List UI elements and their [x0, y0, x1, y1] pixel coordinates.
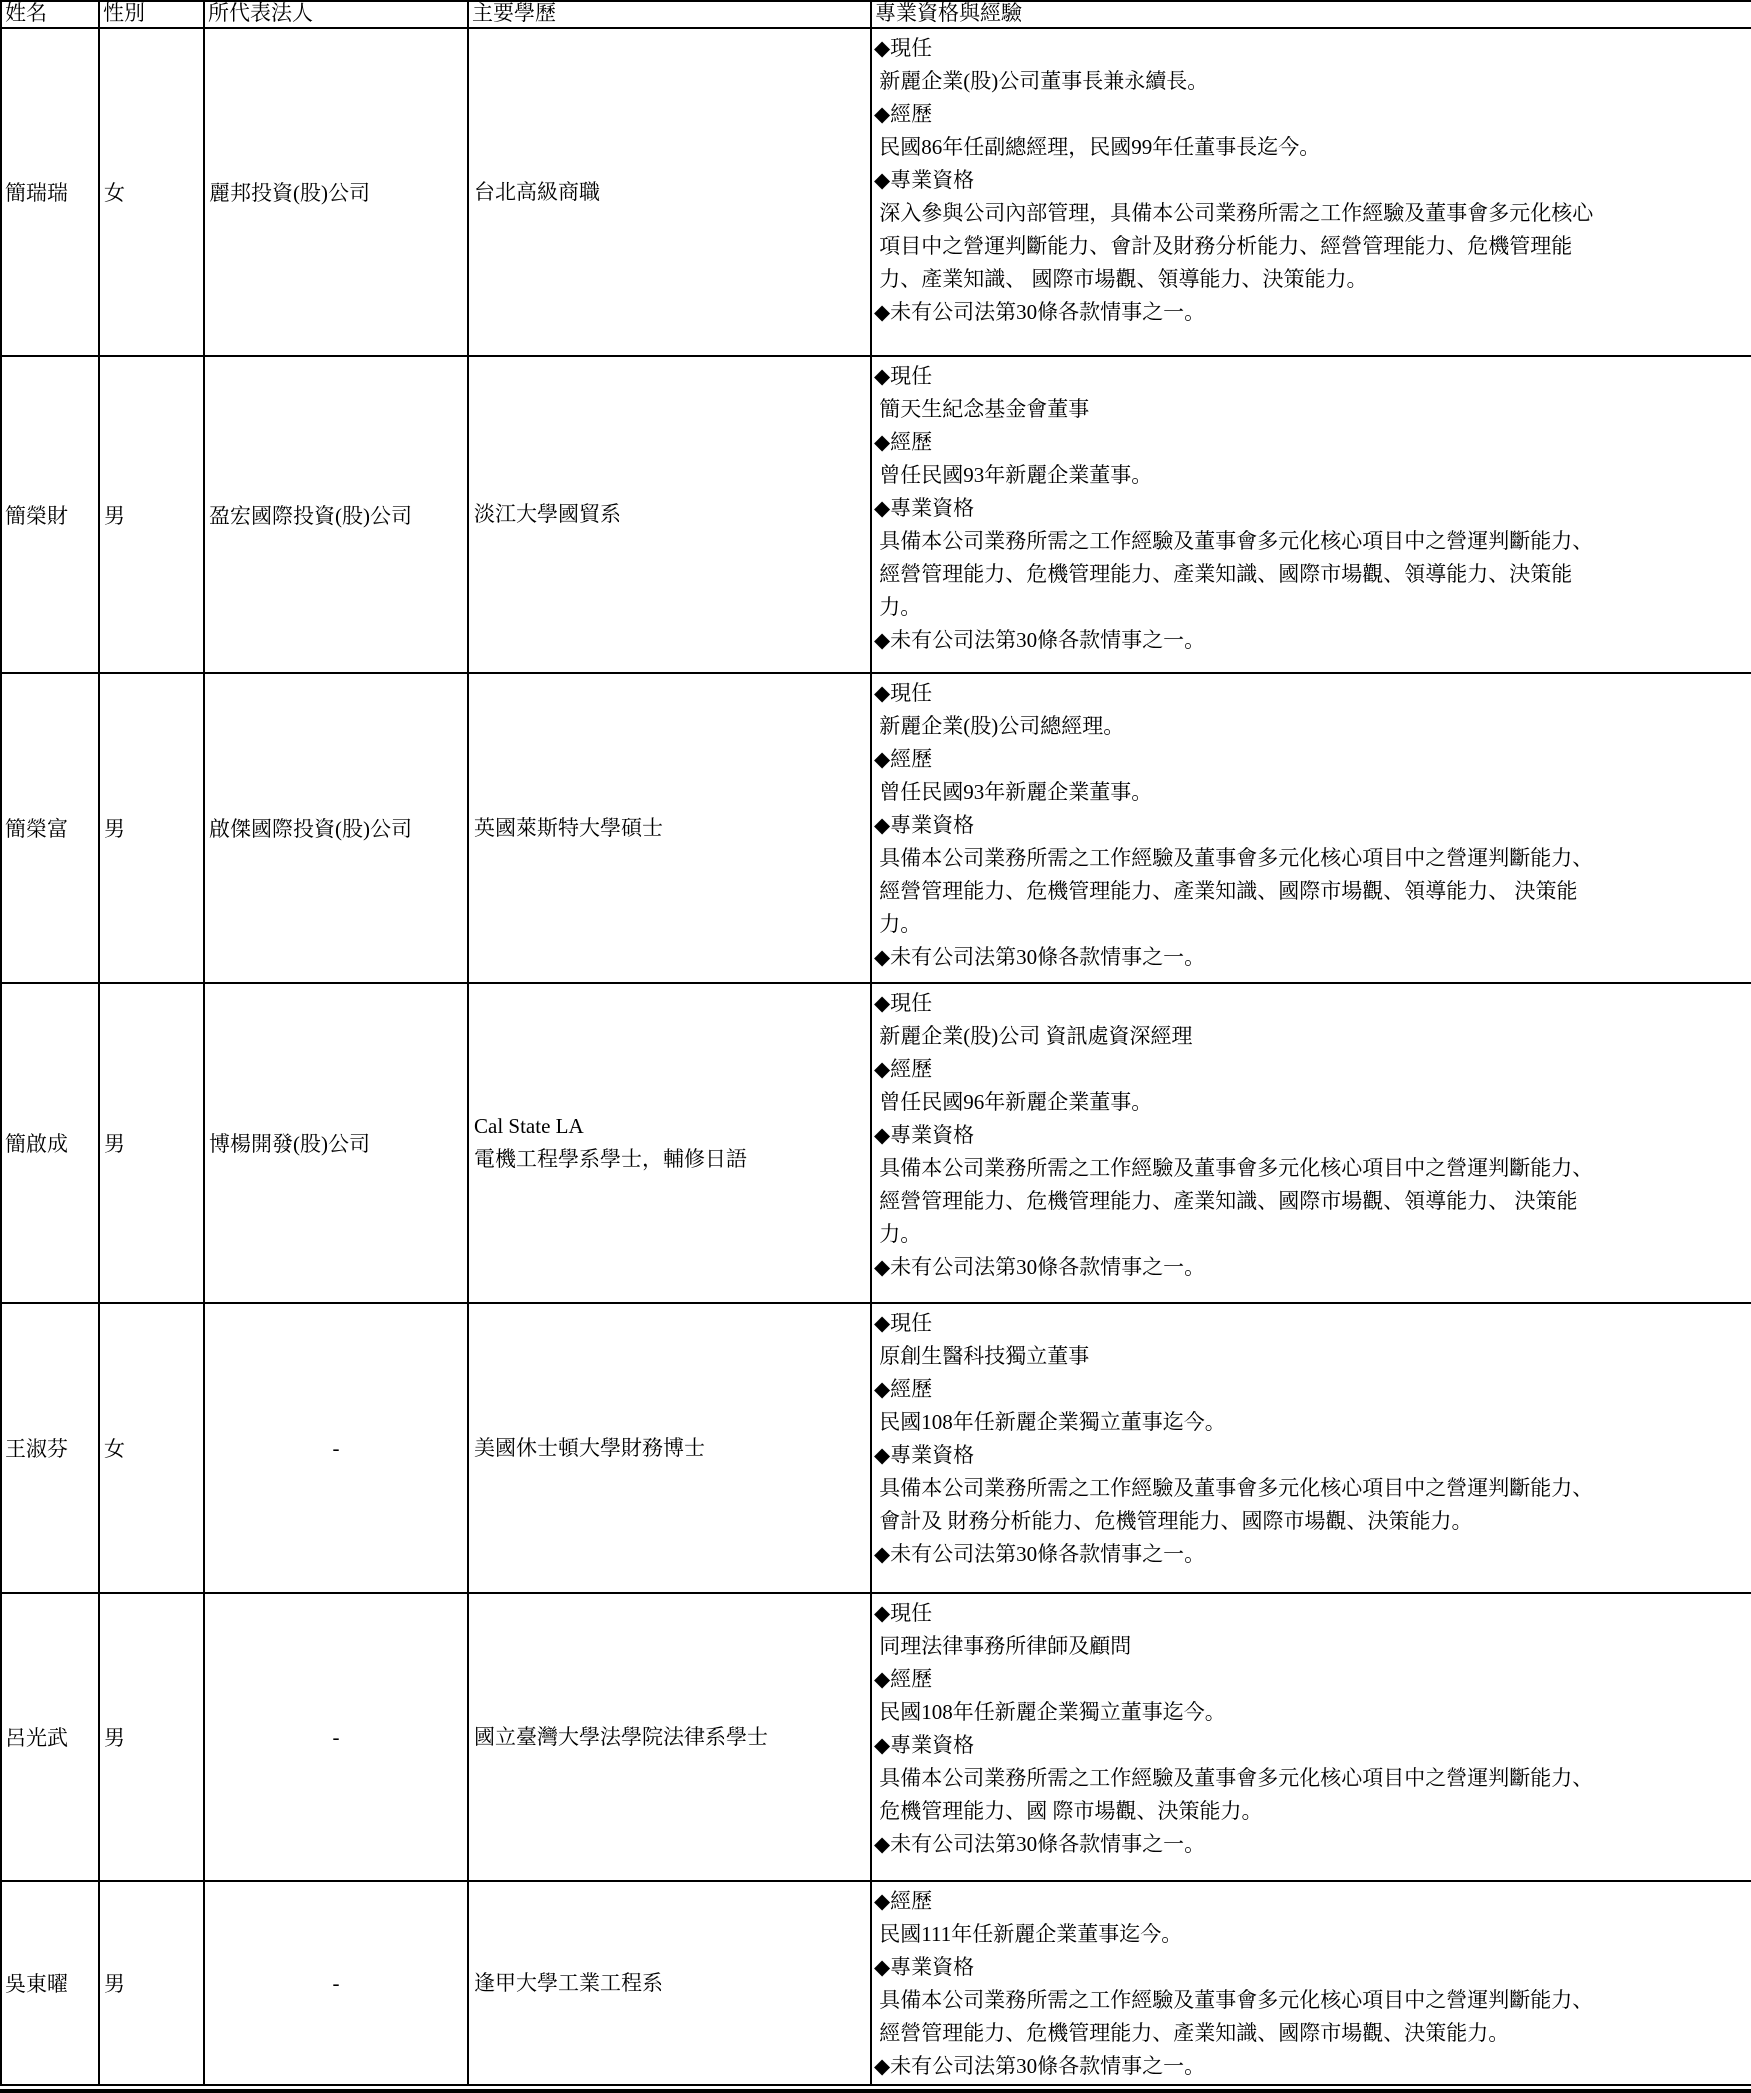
experience-line: ◆經歷: [874, 98, 1749, 131]
education-line: 逢甲大學工業工程系: [474, 1967, 870, 2000]
experience-cell: ◆現任 新麗企業(股)公司董事長兼永續長。◆經歷 民國86年任副總經理，民國99…: [871, 28, 1751, 356]
education-line: 美國休士頓大學財務博士: [474, 1432, 870, 1465]
name-cell: 呂光武: [1, 1593, 99, 1881]
education-line: 英國萊斯特大學碩士: [474, 812, 870, 845]
experience-line: 同理法律事務所律師及顧問: [874, 1630, 1749, 1663]
bottom-rule: [0, 2089, 1751, 2093]
experience-line: ◆經歷: [874, 1663, 1749, 1696]
table-row: 簡榮財男盈宏國際投資(股)公司淡江大學國貿系◆現任 簡天生紀念基金會董事◆經歷 …: [1, 356, 1751, 673]
experience-line: 經營管理能力、危機管理能力、產業知識、國際市場觀、決策能力。: [874, 2017, 1749, 2050]
name-cell: 簡啟成: [1, 983, 99, 1303]
name-cell: 簡榮財: [1, 356, 99, 673]
experience-cell: ◆現任 同理法律事務所律師及顧問◆經歷 民國108年任新麗企業獨立董事迄今。◆專…: [871, 1593, 1751, 1881]
experience-line: ◆經歷: [874, 743, 1749, 776]
table-row: 簡瑞瑞女麗邦投資(股)公司台北高級商職◆現任 新麗企業(股)公司董事長兼永續長。…: [1, 28, 1751, 356]
experience-line: ◆現任: [874, 1597, 1749, 1630]
experience-line: ◆現任: [874, 32, 1749, 65]
experience-line: 具備本公司業務所需之工作經驗及董事會多元化核心項目中之營運判斷能力、: [874, 1152, 1749, 1185]
table-row: 簡榮富男啟傑國際投資(股)公司英國萊斯特大學碩士◆現任 新麗企業(股)公司總經理…: [1, 673, 1751, 983]
experience-line: ◆經歷: [874, 1373, 1749, 1406]
experience-line: 新麗企業(股)公司董事長兼永續長。: [874, 65, 1749, 98]
experience-line: ◆經歷: [874, 1053, 1749, 1086]
experience-line: ◆未有公司法第30條各款情事之一。: [874, 2050, 1749, 2083]
experience-line: 深入參與公司內部管理，具備本公司業務所需之工作經驗及董事會多元化核心: [874, 197, 1749, 230]
education-cell: 美國休士頓大學財務博士: [468, 1303, 871, 1593]
experience-line: 具備本公司業務所需之工作經驗及董事會多元化核心項目中之營運判斷能力、: [874, 525, 1749, 558]
name-cell: 簡瑞瑞: [1, 28, 99, 356]
experience-line: 經營管理能力、危機管理能力、產業知識、國際市場觀、領導能力、決策能: [874, 558, 1749, 591]
experience-line: 新麗企業(股)公司 資訊處資深經理: [874, 1020, 1749, 1053]
table-row: 王淑芬女-美國休士頓大學財務博士◆現任 原創生醫科技獨立董事◆經歷 民國108年…: [1, 1303, 1751, 1593]
experience-line: 民國111年任新麗企業董事迄今。: [874, 1918, 1749, 1951]
experience-line: ◆專業資格: [874, 809, 1749, 842]
gender-cell: 男: [99, 673, 204, 983]
experience-line: ◆現任: [874, 677, 1749, 710]
experience-line: 力、產業知識、 國際市場觀、領導能力、決策能力。: [874, 263, 1749, 296]
experience-line: 曾任民國96年新麗企業董事。: [874, 1086, 1749, 1119]
directors-table: 姓名性別所代表法人主要學歷專業資格與經驗 簡瑞瑞女麗邦投資(股)公司台北高級商職…: [0, 0, 1751, 2086]
education-line: 台北高級商職: [474, 176, 870, 209]
experience-line: 新麗企業(股)公司總經理。: [874, 710, 1749, 743]
experience-line: ◆專業資格: [874, 492, 1749, 525]
table-header: 姓名性別所代表法人主要學歷專業資格與經驗: [1, 1, 1751, 28]
legal-entity-cell: -: [204, 1881, 468, 2085]
gender-cell: 女: [99, 1303, 204, 1593]
experience-line: 曾任民國93年新麗企業董事。: [874, 776, 1749, 809]
experience-line: 經營管理能力、危機管理能力、產業知識、國際市場觀、領導能力、 決策能: [874, 875, 1749, 908]
experience-line: ◆未有公司法第30條各款情事之一。: [874, 1828, 1749, 1861]
experience-line: 會計及 財務分析能力、危機管理能力、國際市場觀、決策能力。: [874, 1505, 1749, 1538]
table-row: 簡啟成男博楊開發(股)公司Cal State LA電機工程學系學士，輔修日語◆現…: [1, 983, 1751, 1303]
experience-line: ◆現任: [874, 360, 1749, 393]
experience-line: 危機管理能力、國 際市場觀、決策能力。: [874, 1795, 1749, 1828]
experience-line: ◆未有公司法第30條各款情事之一。: [874, 624, 1749, 657]
experience-line: ◆經歷: [874, 1885, 1749, 1918]
name-cell: 吳東曜: [1, 1881, 99, 2085]
experience-line: ◆專業資格: [874, 1119, 1749, 1152]
legal-entity-cell: 啟傑國際投資(股)公司: [204, 673, 468, 983]
education-cell: Cal State LA電機工程學系學士，輔修日語: [468, 983, 871, 1303]
experience-cell: ◆現任 新麗企業(股)公司 資訊處資深經理◆經歷 曾任民國96年新麗企業董事。◆…: [871, 983, 1751, 1303]
experience-cell: ◆現任 新麗企業(股)公司總經理。◆經歷 曾任民國93年新麗企業董事。◆專業資格…: [871, 673, 1751, 983]
gender-cell: 男: [99, 1593, 204, 1881]
education-line: 電機工程學系學士，輔修日語: [474, 1143, 870, 1176]
gender-cell: 女: [99, 28, 204, 356]
header-row: 姓名性別所代表法人主要學歷專業資格與經驗: [1, 1, 1751, 28]
legal-entity-cell: 盈宏國際投資(股)公司: [204, 356, 468, 673]
experience-line: 簡天生紀念基金會董事: [874, 393, 1749, 426]
education-line: 國立臺灣大學法學院法律系學士: [474, 1721, 870, 1754]
table-row: 呂光武男-國立臺灣大學法學院法律系學士◆現任 同理法律事務所律師及顧問◆經歷 民…: [1, 1593, 1751, 1881]
legal-entity-cell: -: [204, 1303, 468, 1593]
table-row: 吳東曜男-逢甲大學工業工程系◆經歷 民國111年任新麗企業董事迄今。◆專業資格 …: [1, 1881, 1751, 2085]
experience-line: ◆經歷: [874, 426, 1749, 459]
experience-line: 曾任民國93年新麗企業董事。: [874, 459, 1749, 492]
experience-line: 具備本公司業務所需之工作經驗及董事會多元化核心項目中之營運判斷能力、: [874, 842, 1749, 875]
education-line: Cal State LA: [474, 1110, 870, 1143]
experience-cell: ◆經歷 民國111年任新麗企業董事迄今。◆專業資格 具備本公司業務所需之工作經驗…: [871, 1881, 1751, 2085]
experience-line: ◆專業資格: [874, 1951, 1749, 1984]
education-cell: 淡江大學國貿系: [468, 356, 871, 673]
education-cell: 英國萊斯特大學碩士: [468, 673, 871, 983]
experience-line: 民國108年任新麗企業獨立董事迄今。: [874, 1406, 1749, 1439]
experience-line: 力。: [874, 591, 1749, 624]
experience-line: ◆專業資格: [874, 164, 1749, 197]
experience-line: 力。: [874, 1218, 1749, 1251]
experience-line: ◆專業資格: [874, 1729, 1749, 1762]
gender-cell: 男: [99, 1881, 204, 2085]
name-cell: 王淑芬: [1, 1303, 99, 1593]
experience-cell: ◆現任 原創生醫科技獨立董事◆經歷 民國108年任新麗企業獨立董事迄今。◆專業資…: [871, 1303, 1751, 1593]
column-header-gender: 性別: [99, 1, 204, 28]
column-header-name: 姓名: [1, 1, 99, 28]
experience-line: 具備本公司業務所需之工作經驗及董事會多元化核心項目中之營運判斷能力、: [874, 1984, 1749, 2017]
experience-cell: ◆現任 簡天生紀念基金會董事◆經歷 曾任民國93年新麗企業董事。◆專業資格 具備…: [871, 356, 1751, 673]
experience-line: 民國86年任副總經理，民國99年任董事長迄今。: [874, 131, 1749, 164]
experience-line: 經營管理能力、危機管理能力、產業知識、國際市場觀、領導能力、 決策能: [874, 1185, 1749, 1218]
experience-line: ◆未有公司法第30條各款情事之一。: [874, 1251, 1749, 1284]
experience-line: ◆未有公司法第30條各款情事之一。: [874, 941, 1749, 974]
column-header-experience: 專業資格與經驗: [871, 1, 1751, 28]
experience-line: ◆現任: [874, 987, 1749, 1020]
experience-line: ◆未有公司法第30條各款情事之一。: [874, 1538, 1749, 1571]
experience-line: ◆現任: [874, 1307, 1749, 1340]
gender-cell: 男: [99, 983, 204, 1303]
gender-cell: 男: [99, 356, 204, 673]
column-header-legal-entity: 所代表法人: [204, 1, 468, 28]
experience-line: 民國108年任新麗企業獨立董事迄今。: [874, 1696, 1749, 1729]
education-cell: 逢甲大學工業工程系: [468, 1881, 871, 2085]
legal-entity-cell: -: [204, 1593, 468, 1881]
education-cell: 台北高級商職: [468, 28, 871, 356]
experience-line: 具備本公司業務所需之工作經驗及董事會多元化核心項目中之營運判斷能力、: [874, 1472, 1749, 1505]
experience-line: 項目中之營運判斷能力、會計及財務分析能力、經營管理能力、危機管理能: [874, 230, 1749, 263]
education-line: 淡江大學國貿系: [474, 498, 870, 531]
experience-line: ◆未有公司法第30條各款情事之一。: [874, 296, 1749, 329]
column-header-education: 主要學歷: [468, 1, 871, 28]
experience-line: 原創生醫科技獨立董事: [874, 1340, 1749, 1373]
document-page: { "table": { "headers": ["姓名", "性別", "所代…: [0, 0, 1751, 2093]
education-cell: 國立臺灣大學法學院法律系學士: [468, 1593, 871, 1881]
table-body: 簡瑞瑞女麗邦投資(股)公司台北高級商職◆現任 新麗企業(股)公司董事長兼永續長。…: [1, 28, 1751, 2085]
experience-line: 具備本公司業務所需之工作經驗及董事會多元化核心項目中之營運判斷能力、: [874, 1762, 1749, 1795]
experience-line: 力。: [874, 908, 1749, 941]
name-cell: 簡榮富: [1, 673, 99, 983]
legal-entity-cell: 博楊開發(股)公司: [204, 983, 468, 1303]
legal-entity-cell: 麗邦投資(股)公司: [204, 28, 468, 356]
experience-line: ◆專業資格: [874, 1439, 1749, 1472]
